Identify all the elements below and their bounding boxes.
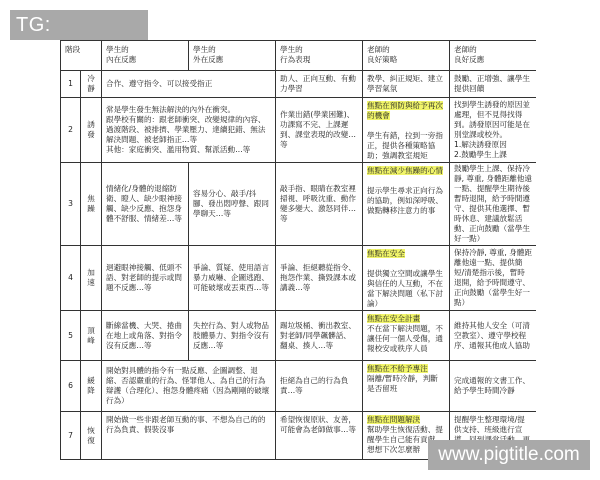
behavior: 希望恢復原狀、友善，可能會為老師做事…等: [276, 412, 363, 460]
row-number: 5: [61, 311, 81, 361]
strategy: 提示學生尋求正向行為的協助，例如深呼吸、做點轉移注意力的事: [367, 186, 443, 215]
inner-reaction: 情緒化/身體的退縮防衛、瞪人、缺少眼神接觸、缺少反應、抱怨身體不舒服、情緒差…等: [102, 163, 189, 246]
behavior-stage-table-container: 階段 學生的 內在反應 學生的 外在反應 學生的 行為表現 老師的 良好策略 老…: [60, 40, 536, 480]
strategy: 提供獨立空間或讓學生與信任的人互動，不在當下解決問題（私下討論）: [367, 269, 443, 308]
row-number: 7: [61, 412, 81, 460]
response: 鼓勵、正增強、讓學生提供回饋: [450, 71, 537, 98]
watermark-site: www.pigtitle.com: [428, 440, 590, 470]
strategy-cell: 焦點在安全 提供獨立空間或讓學生與信任的人互動，不在當下解決問題（私下討論）: [363, 246, 450, 311]
response: 維持其他人安全（可清空教室）、遵守學校程序、通報其他成人協助: [450, 311, 537, 361]
behavior: 踢垃圾桶、衝出教室、對老師/同學飆髒話、翻桌、揍人…等: [276, 311, 363, 361]
behavior: 拒絕為自己的行為負責…等: [276, 361, 363, 412]
strategy-cell: 焦點在不給予專注 隔離/暫時冷靜，判斷是否留班: [363, 361, 450, 412]
strategy-focus-highlight: 焦點在預防與給予再次的機會: [367, 101, 443, 120]
header-inner: 學生的 內在反應: [102, 41, 189, 71]
header-row: 階段 學生的 內在反應 學生的 外在反應 學生的 行為表現 老師的 良好策略 老…: [61, 41, 537, 71]
stage-name: 誘發: [81, 98, 102, 163]
row-number: 2: [61, 98, 81, 163]
header-behavior: 學生的 行為表現: [276, 41, 363, 71]
header-outer: 學生的 外在反應: [189, 41, 276, 71]
table-row: 2 誘發 常是學生發生無法解決的內外在衝突。 跟學校有關的：跟老師衝突、改變規律…: [61, 98, 537, 163]
stage-name: 加速: [81, 246, 102, 311]
response: 找到學生誘發的原因並處理，但不見得找得到。誘發原因可能是在別堂課或校外。 1.解…: [450, 98, 537, 163]
table-row: 1 冷靜 合作、遵守指令、可以接受指正 助人、正向互動、有動力學習 教學、糾正規…: [61, 71, 537, 98]
stage-name: 焦躁: [81, 163, 102, 246]
row-number: 1: [61, 71, 81, 98]
strategy-focus-highlight: 焦點在減少焦躁的心情: [367, 166, 443, 175]
inner-outer-reaction: 開始做一些非跟老師互動的事、不想為自己的的行為負責、假裝沒事: [102, 412, 276, 460]
strategy: 教學、糾正規矩、建立學習氣氛: [363, 71, 450, 98]
behavior: 爭論、拒絕聽從指令、拖怨作業、撕毀課本或講義…等: [276, 246, 363, 311]
stage-name: 冷靜: [81, 71, 102, 98]
header-stage: 階段: [61, 41, 102, 71]
strategy-focus-highlight: 焦點在不給予專注: [367, 364, 428, 373]
strategy-cell: 焦點在預防與給予再次的機會 學生有錯，拉到一旁指正，提供各種策略協助；強調教室規…: [363, 98, 450, 163]
inner-reaction: 斷線當機、大哭、捲曲在地上或角落、對指令沒有反應…等: [102, 311, 189, 361]
behavior: 助人、正向互動、有動力學習: [276, 71, 363, 98]
inner-outer-reaction: 合作、遵守指令、可以接受指正: [102, 71, 276, 98]
table-row: 4 加速 迴避眼神接觸、低頭不語、對老師的提示或問題不反應…等 爭論、質疑、使用…: [61, 246, 537, 311]
behavior-stage-table: 階段 學生的 內在反應 學生的 外在反應 學生的 行為表現 老師的 良好策略 老…: [60, 40, 536, 460]
strategy: 學生有錯，拉到一旁指正，提供各種策略協助；強調教室規矩: [367, 131, 443, 160]
behavior: 作業出錯(學業困難)、功課寫不完、上課遲到、課堂表現的改變…等: [276, 98, 363, 163]
outer-reaction: 容易分心、敲手/抖腳、發出悶哼聲、跟同學聊天…等: [189, 163, 276, 246]
header-response: 老師的 良好反應: [450, 41, 537, 71]
strategy-focus-highlight: 焦點在安全: [367, 249, 405, 258]
strategy: 隔離/暫時冷靜，判斷是否留班: [367, 374, 438, 393]
stage-name: 緩降: [81, 361, 102, 412]
inner-outer-reaction: 開始對具體的指令有一點反應、企圖調整、退縮、否認嚴重的行為、怪罪他人、為自己的行…: [102, 361, 276, 412]
outer-reaction: 失控行為、對人或物品肢體暴力、對指令沒有反應…等: [189, 311, 276, 361]
response: 保持冷靜, 尊重, 身體距離他遠一點、提供簡短/清楚指示後，暫時退開，給予時間遵…: [450, 246, 537, 311]
inner-reaction: 迴避眼神接觸、低頭不語、對老師的提示或問題不反應…等: [102, 246, 189, 311]
strategy-focus-highlight: 焦點在安全計畫: [367, 314, 420, 323]
stage-name: 恢復: [81, 412, 102, 460]
watermark-tg: TG: MYYJJPP: [10, 10, 148, 40]
inner-outer-reaction: 常是學生發生無法解決的內外在衝突。 跟學校有關的：跟老師衝突、改變規律的內容、過…: [102, 98, 276, 163]
strategy-cell: 焦點在安全計畫 不在當下解決問題，不讓任何一個人受傷，通報校安或秩序人員: [363, 311, 450, 361]
table-row: 3 焦躁 情緒化/身體的退縮防衛、瞪人、缺少眼神接觸、缺少反應、抱怨身體不舒服、…: [61, 163, 537, 246]
row-number: 4: [61, 246, 81, 311]
outer-reaction: 爭論、質疑、使用語言暴力威嚇、企圖逃跑、可能破壞或丟東西…等: [189, 246, 276, 311]
strategy-cell: 焦點在減少焦躁的心情 提示學生尋求正向行為的協助，例如深呼吸、做點轉移注意力的事: [363, 163, 450, 246]
response: 完成通報的文書工作、給予學生時間冷靜: [450, 361, 537, 412]
strategy: 不在當下解決問題，不讓任何一個人受傷，通報校安或秩序人員: [367, 324, 443, 353]
stage-name: 頂峰: [81, 311, 102, 361]
strategy-focus-highlight: 焦點在問題解決: [367, 415, 420, 424]
row-number: 3: [61, 163, 81, 246]
behavior: 敲手指、眼睛在教室裡掃視、呼吸沈重、動作變多變大、激怒同伴…等: [276, 163, 363, 246]
header-strategy: 老師的 良好策略: [363, 41, 450, 71]
row-number: 6: [61, 361, 81, 412]
table-row: 6 緩降 開始對具體的指令有一點反應、企圖調整、退縮、否認嚴重的行為、怪罪他人、…: [61, 361, 537, 412]
table-row: 5 頂峰 斷線當機、大哭、捲曲在地上或角落、對指令沒有反應…等 失控行為、對人或…: [61, 311, 537, 361]
response: 鼓勵學生上課、保持冷靜, 尊重, 身體距離他遠一點、提醒學生期待後暫時退開，給予…: [450, 163, 537, 246]
